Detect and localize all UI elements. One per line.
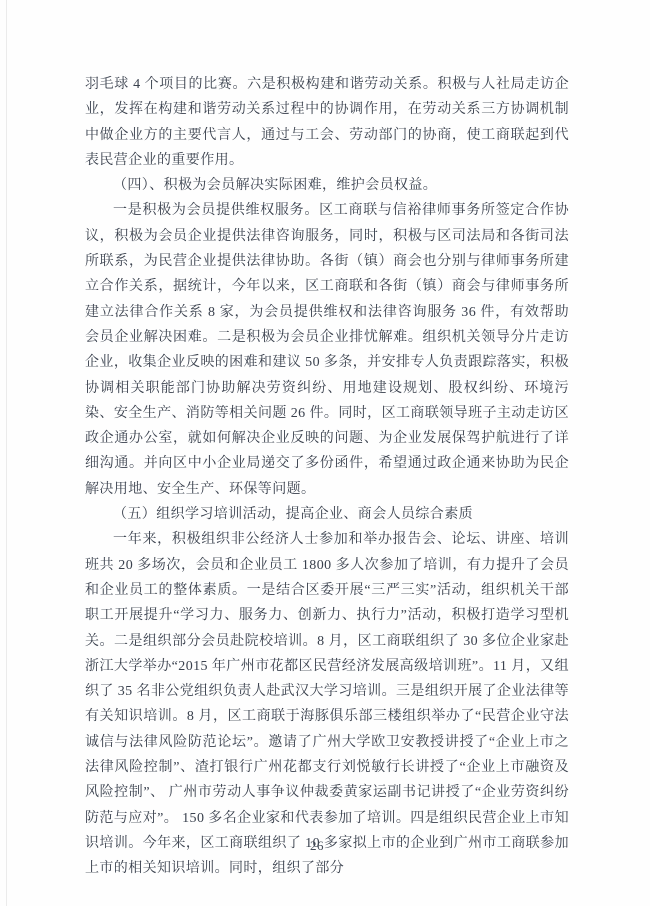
page-number: 26 [0, 838, 634, 854]
section-heading-5: （五）组织学习培训活动，提高企业、商会人员综合素质 [85, 502, 569, 527]
document-page: 羽毛球 4 个项目的比赛。六是积极构建和谐劳动关系。积极与人社局走访企业，发挥在… [0, 0, 650, 906]
paragraph-section-5-body: 一年来，积极组织非公经济人士参加和举办报告会、论坛、讲座、培训班共 20 多场次… [85, 527, 569, 881]
paragraph-section-4-body: 一是积极为会员提供维权服务。区工商联与信裕律师事务所签定合作协议，积极为会员企业… [85, 198, 569, 502]
scan-edge-artifact [6, 0, 7, 906]
section-heading-4: （四）、积极为会员解决实际困难，维护会员权益。 [85, 173, 569, 198]
document-body: 羽毛球 4 个项目的比赛。六是积极构建和谐劳动关系。积极与人社局走访企业，发挥在… [85, 72, 569, 882]
paragraph-continuation: 羽毛球 4 个项目的比赛。六是积极构建和谐劳动关系。积极与人社局走访企业，发挥在… [85, 72, 569, 173]
